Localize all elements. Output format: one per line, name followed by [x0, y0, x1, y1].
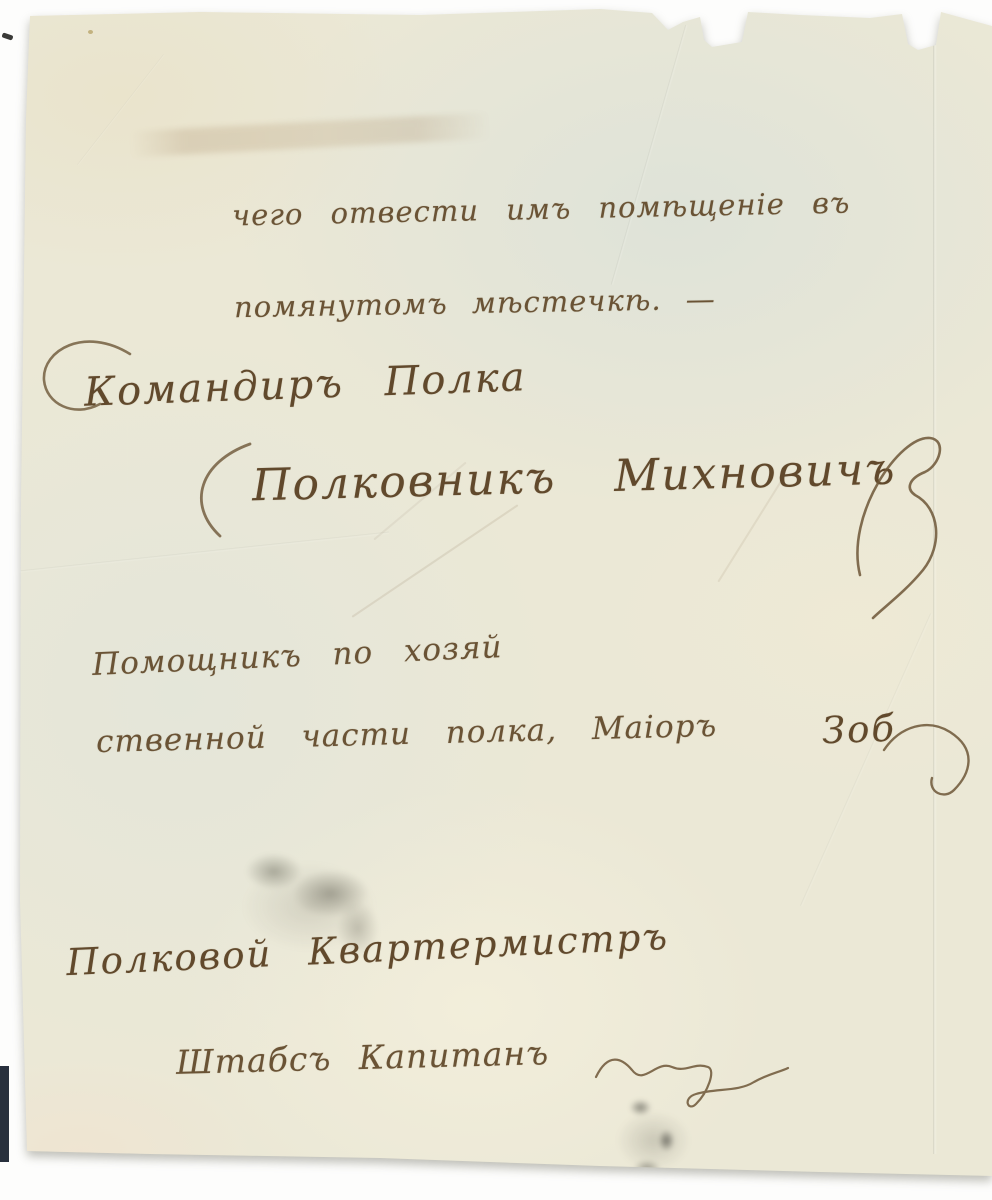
bleedthrough-text-shadow	[130, 113, 491, 158]
signature-paraph-flourish	[845, 420, 960, 620]
manuscript-paper: чего отвести имъ помѣщеніе въ помянутомъ…	[0, 0, 992, 1200]
manuscript-line-colonel-signature: Полковникъ Михновичъ	[251, 444, 897, 512]
manuscript-line-commander: Командиръ Полка	[83, 354, 527, 415]
initial-swash-commander	[30, 332, 140, 432]
manuscript-line-assistant-1: Помощникъ по хозяй	[91, 629, 503, 683]
diagonal-crease-top	[611, 25, 688, 285]
paper-shadow: чего отвести имъ помѣщеніе въ помянутомъ…	[0, 0, 992, 1200]
initial-swash-colonel	[178, 438, 268, 548]
orange-spot	[9, 338, 16, 344]
manuscript-line-2: помянутомъ мѣстечкѣ. —	[234, 282, 716, 324]
paper-speck	[88, 30, 93, 34]
scanned-document-page: чего отвести имъ помѣщеніе въ помянутомъ…	[0, 0, 992, 1200]
manuscript-line-assistant-2: ственной части полка, Маіоръ	[96, 708, 718, 760]
faint-streak-1	[352, 504, 519, 617]
signature-major-flourish	[880, 712, 992, 807]
manuscript-line-staff-captain: Штабсъ Капитанъ	[176, 1033, 550, 1082]
signature-staff-captain-flourish	[588, 1032, 798, 1122]
manuscript-line-1: чего отвести имъ помѣщеніе въ	[232, 186, 851, 233]
